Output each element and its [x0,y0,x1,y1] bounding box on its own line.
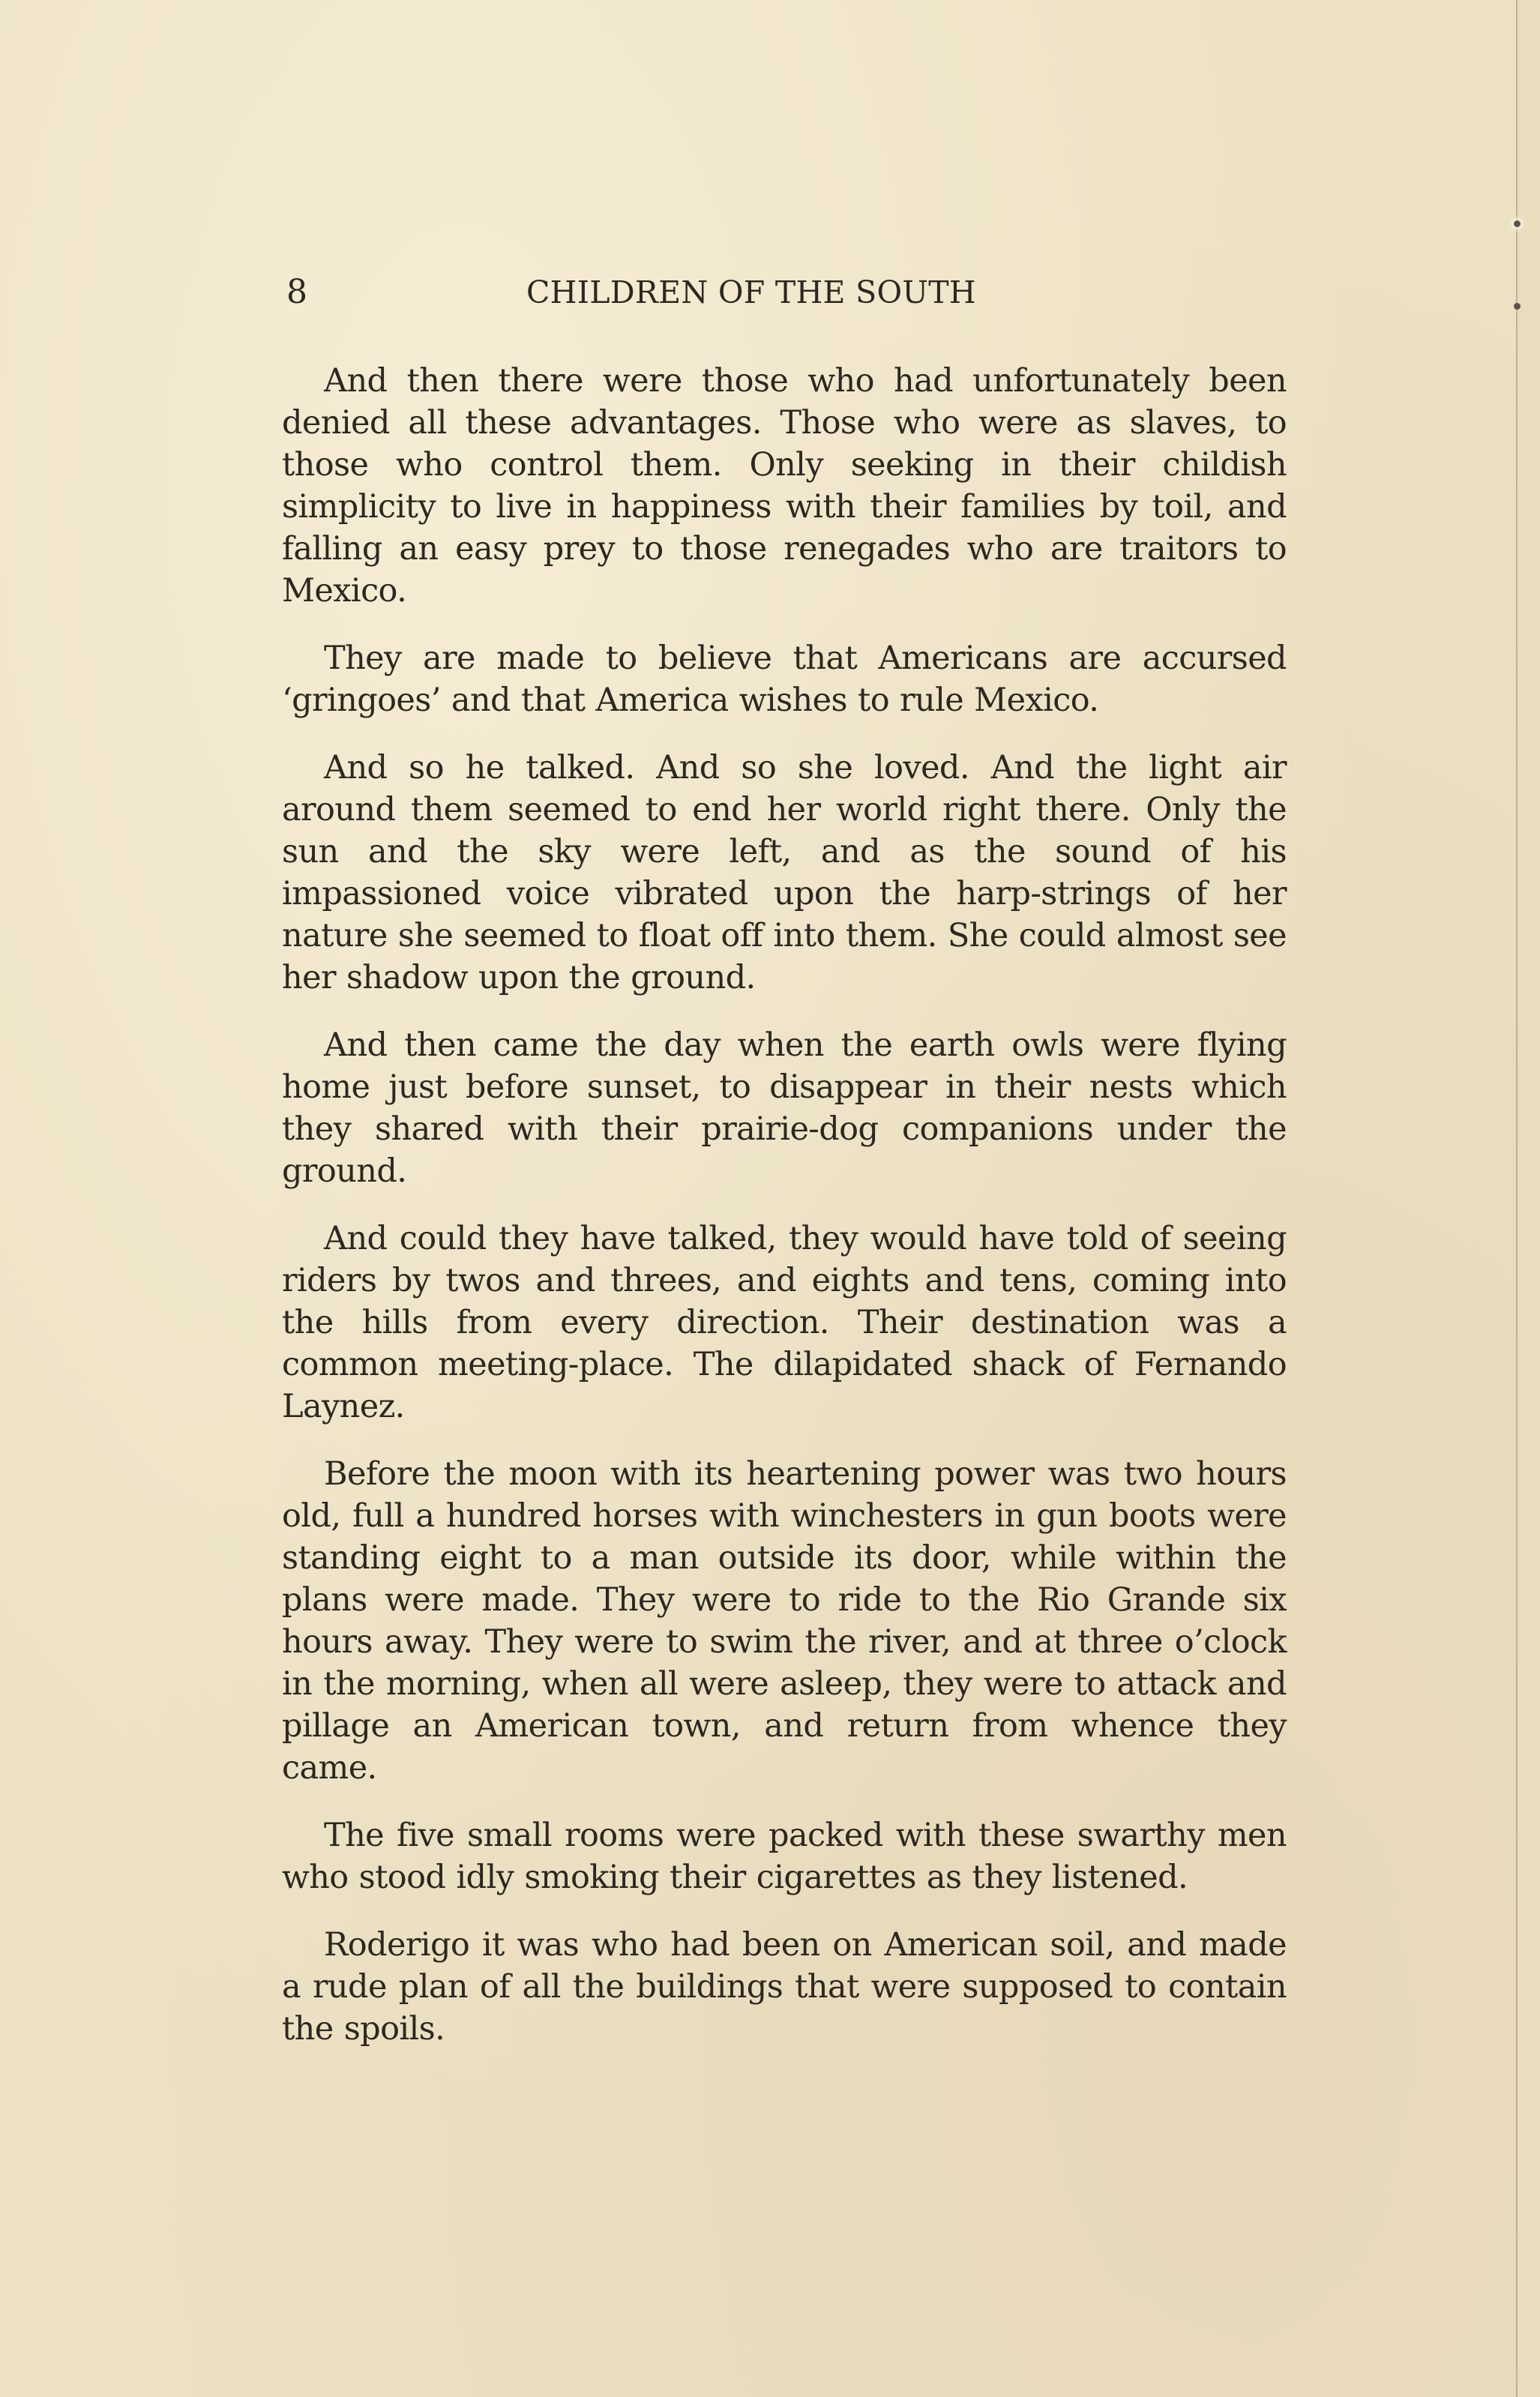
paragraph: Roderigo it was who had been on American… [282,1924,1287,2050]
running-head: 8 CHILDREN OF THE SOUTH [282,270,1287,315]
paragraph: And then came the day when the earth owl… [282,1024,1287,1192]
paragraph: And so he talked. And so she loved. And … [282,747,1287,999]
paragraph: Before the moon with its heartening powe… [282,1453,1287,1789]
paragraph: They are made to believe that Americans … [282,637,1287,721]
paragraph: And then there were those who had unfort… [282,360,1287,612]
page-number: 8 [286,270,308,315]
binding-margin [1518,0,1540,2397]
page-fold-line [1516,0,1518,2397]
running-title: CHILDREN OF THE SOUTH [526,270,976,315]
binding-hole [1514,303,1521,310]
paragraph: The five small rooms were packed with th… [282,1814,1287,1898]
paragraph: And could they have talked, they would h… [282,1218,1287,1428]
binding-hole [1514,220,1521,227]
book-page: 8 CHILDREN OF THE SOUTH And then there w… [282,270,1287,2075]
body-text: And then there were those who had unfort… [282,360,1287,2050]
